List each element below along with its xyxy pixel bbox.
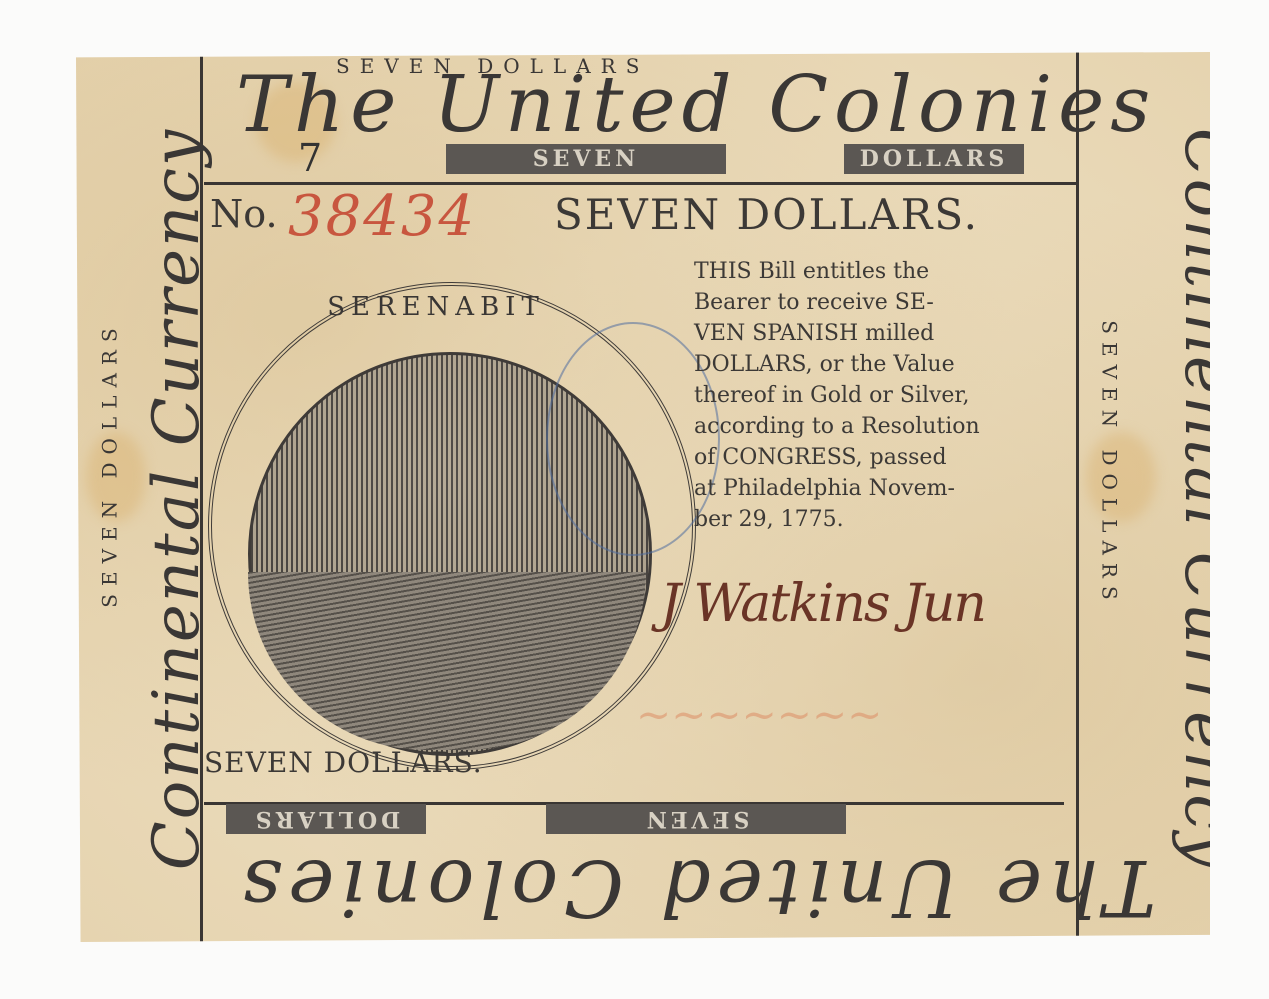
top-banner-box-dollars: DOLLARS [844,144,1024,174]
signature: J Watkins Jun [660,574,985,634]
serial-number: 38434 [288,184,476,249]
top-banner-box-seven: SEVEN [446,144,726,174]
footer-denomination: SEVEN DOLLARS. [204,746,483,779]
bill-text-line: DOLLARS, or the Value [694,349,1076,380]
banknote: SEVEN DOLLARS The United Colonies 7 SEVE… [76,52,1210,942]
denomination-headline: SEVEN DOLLARS. [554,190,979,239]
seal-motto: SERENABIT [286,292,586,322]
right-border-title: Continental Currency [1170,128,1244,870]
top-banner-title: The United Colonies [236,60,1156,150]
top-banner-numeral: 7 [298,136,322,180]
bottom-banner-title: The United Colonies [236,842,1156,932]
bill-text-line: ber 29, 1775. [694,504,1076,535]
bottom-banner-box-dollars: DOLLARS [226,804,426,834]
bill-text-line: VEN SPANISH milled [694,318,1076,349]
left-border-small-text: SEVEN DOLLARS [98,320,122,607]
bill-text-line: thereof in Gold or Silver, [694,380,1076,411]
bottom-banner-box-seven: SEVEN [546,804,846,834]
bill-text-line: THIS Bill entitles the [694,256,1076,287]
bill-text-line: Bearer to receive SE- [694,287,1076,318]
right-border-small-text: SEVEN DOLLARS [1098,320,1122,607]
bill-text-line: according to a Resolution [694,411,1076,442]
bill-text-line: at Philadelphia Novem- [694,473,1076,504]
bill-text-line: of CONGRESS, passed [694,442,1076,473]
faded-signature: ~~~~~~~ [636,690,882,739]
border-rule-right [1076,52,1079,942]
serial-label: No. [210,192,278,236]
bill-text: THIS Bill entitles the Bearer to receive… [694,256,1076,535]
